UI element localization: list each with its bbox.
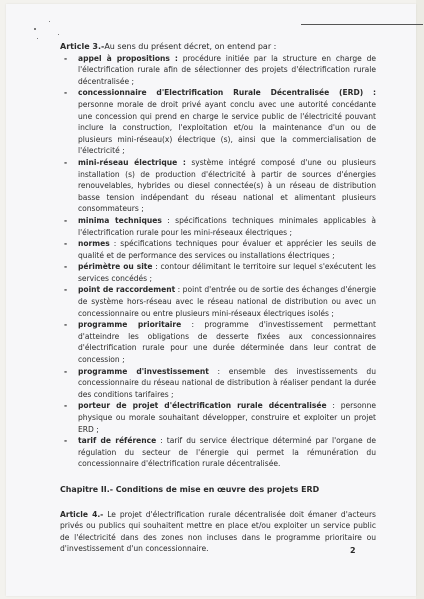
article-3-intro: Au sens du présent décret, on entend par… [104, 42, 276, 51]
definition-term: tarif de référence [78, 436, 156, 445]
chapter-heading: Chapitre II.- Conditions de mise en œuvr… [60, 484, 376, 496]
header-rule [301, 24, 423, 25]
definition-item: périmètre ou site : contour délimitant l… [78, 261, 376, 284]
definition-term: programme prioritaire [78, 320, 181, 329]
definition-term: programme d'investissement [78, 367, 209, 376]
document-body: Article 3.-Au sens du présent décret, on… [60, 41, 376, 555]
article-3-heading: Article 3.-Au sens du présent décret, on… [60, 41, 376, 53]
definition-term: périmètre ou site [78, 262, 153, 271]
article-4: Article 4.- Le projet d'électrification … [60, 509, 376, 555]
definition-term: point de raccordement [78, 285, 175, 294]
article-4-title: Article 4.- [60, 510, 103, 519]
definition-item: porteur de projet d'électrification rura… [78, 400, 376, 435]
definition-term: normes [78, 239, 110, 248]
definition-item: mini-réseau électrique : système intégré… [78, 157, 376, 215]
definition-item: tarif de référence : tarif du service él… [78, 435, 376, 470]
article-4-text: Le projet d'électrification rurale décen… [60, 510, 376, 554]
definition-term: concessionnaire d'Electrification Rurale… [78, 88, 376, 97]
definitions-list: appel à propositions : procédure initiée… [60, 53, 376, 470]
definition-term: mini-réseau électrique : [78, 158, 186, 167]
definition-item: point de raccordement : point d'entrée o… [78, 284, 376, 319]
definition-item: concessionnaire d'Electrification Rurale… [78, 87, 376, 157]
definition-item: programme prioritaire : programme d'inve… [78, 319, 376, 365]
definition-item: programme d'investissement : ensemble de… [78, 366, 376, 401]
page-number: 2 [350, 546, 356, 555]
definition-item: appel à propositions : procédure initiée… [78, 53, 376, 88]
definition-text: : spécifications techniques pour évaluer… [78, 239, 376, 260]
scan-edge [416, 0, 424, 599]
definition-item: minima techniques : spécifications techn… [78, 215, 376, 238]
definition-text: personne morale de droit privé ayant con… [78, 100, 376, 155]
definition-term: porteur de projet d'électrification rura… [78, 401, 327, 410]
definition-term: minima techniques [78, 216, 162, 225]
article-3-title: Article 3.- [60, 42, 104, 51]
definition-term: appel à propositions : [78, 54, 178, 63]
definition-item: normes : spécifications techniques pour … [78, 238, 376, 261]
